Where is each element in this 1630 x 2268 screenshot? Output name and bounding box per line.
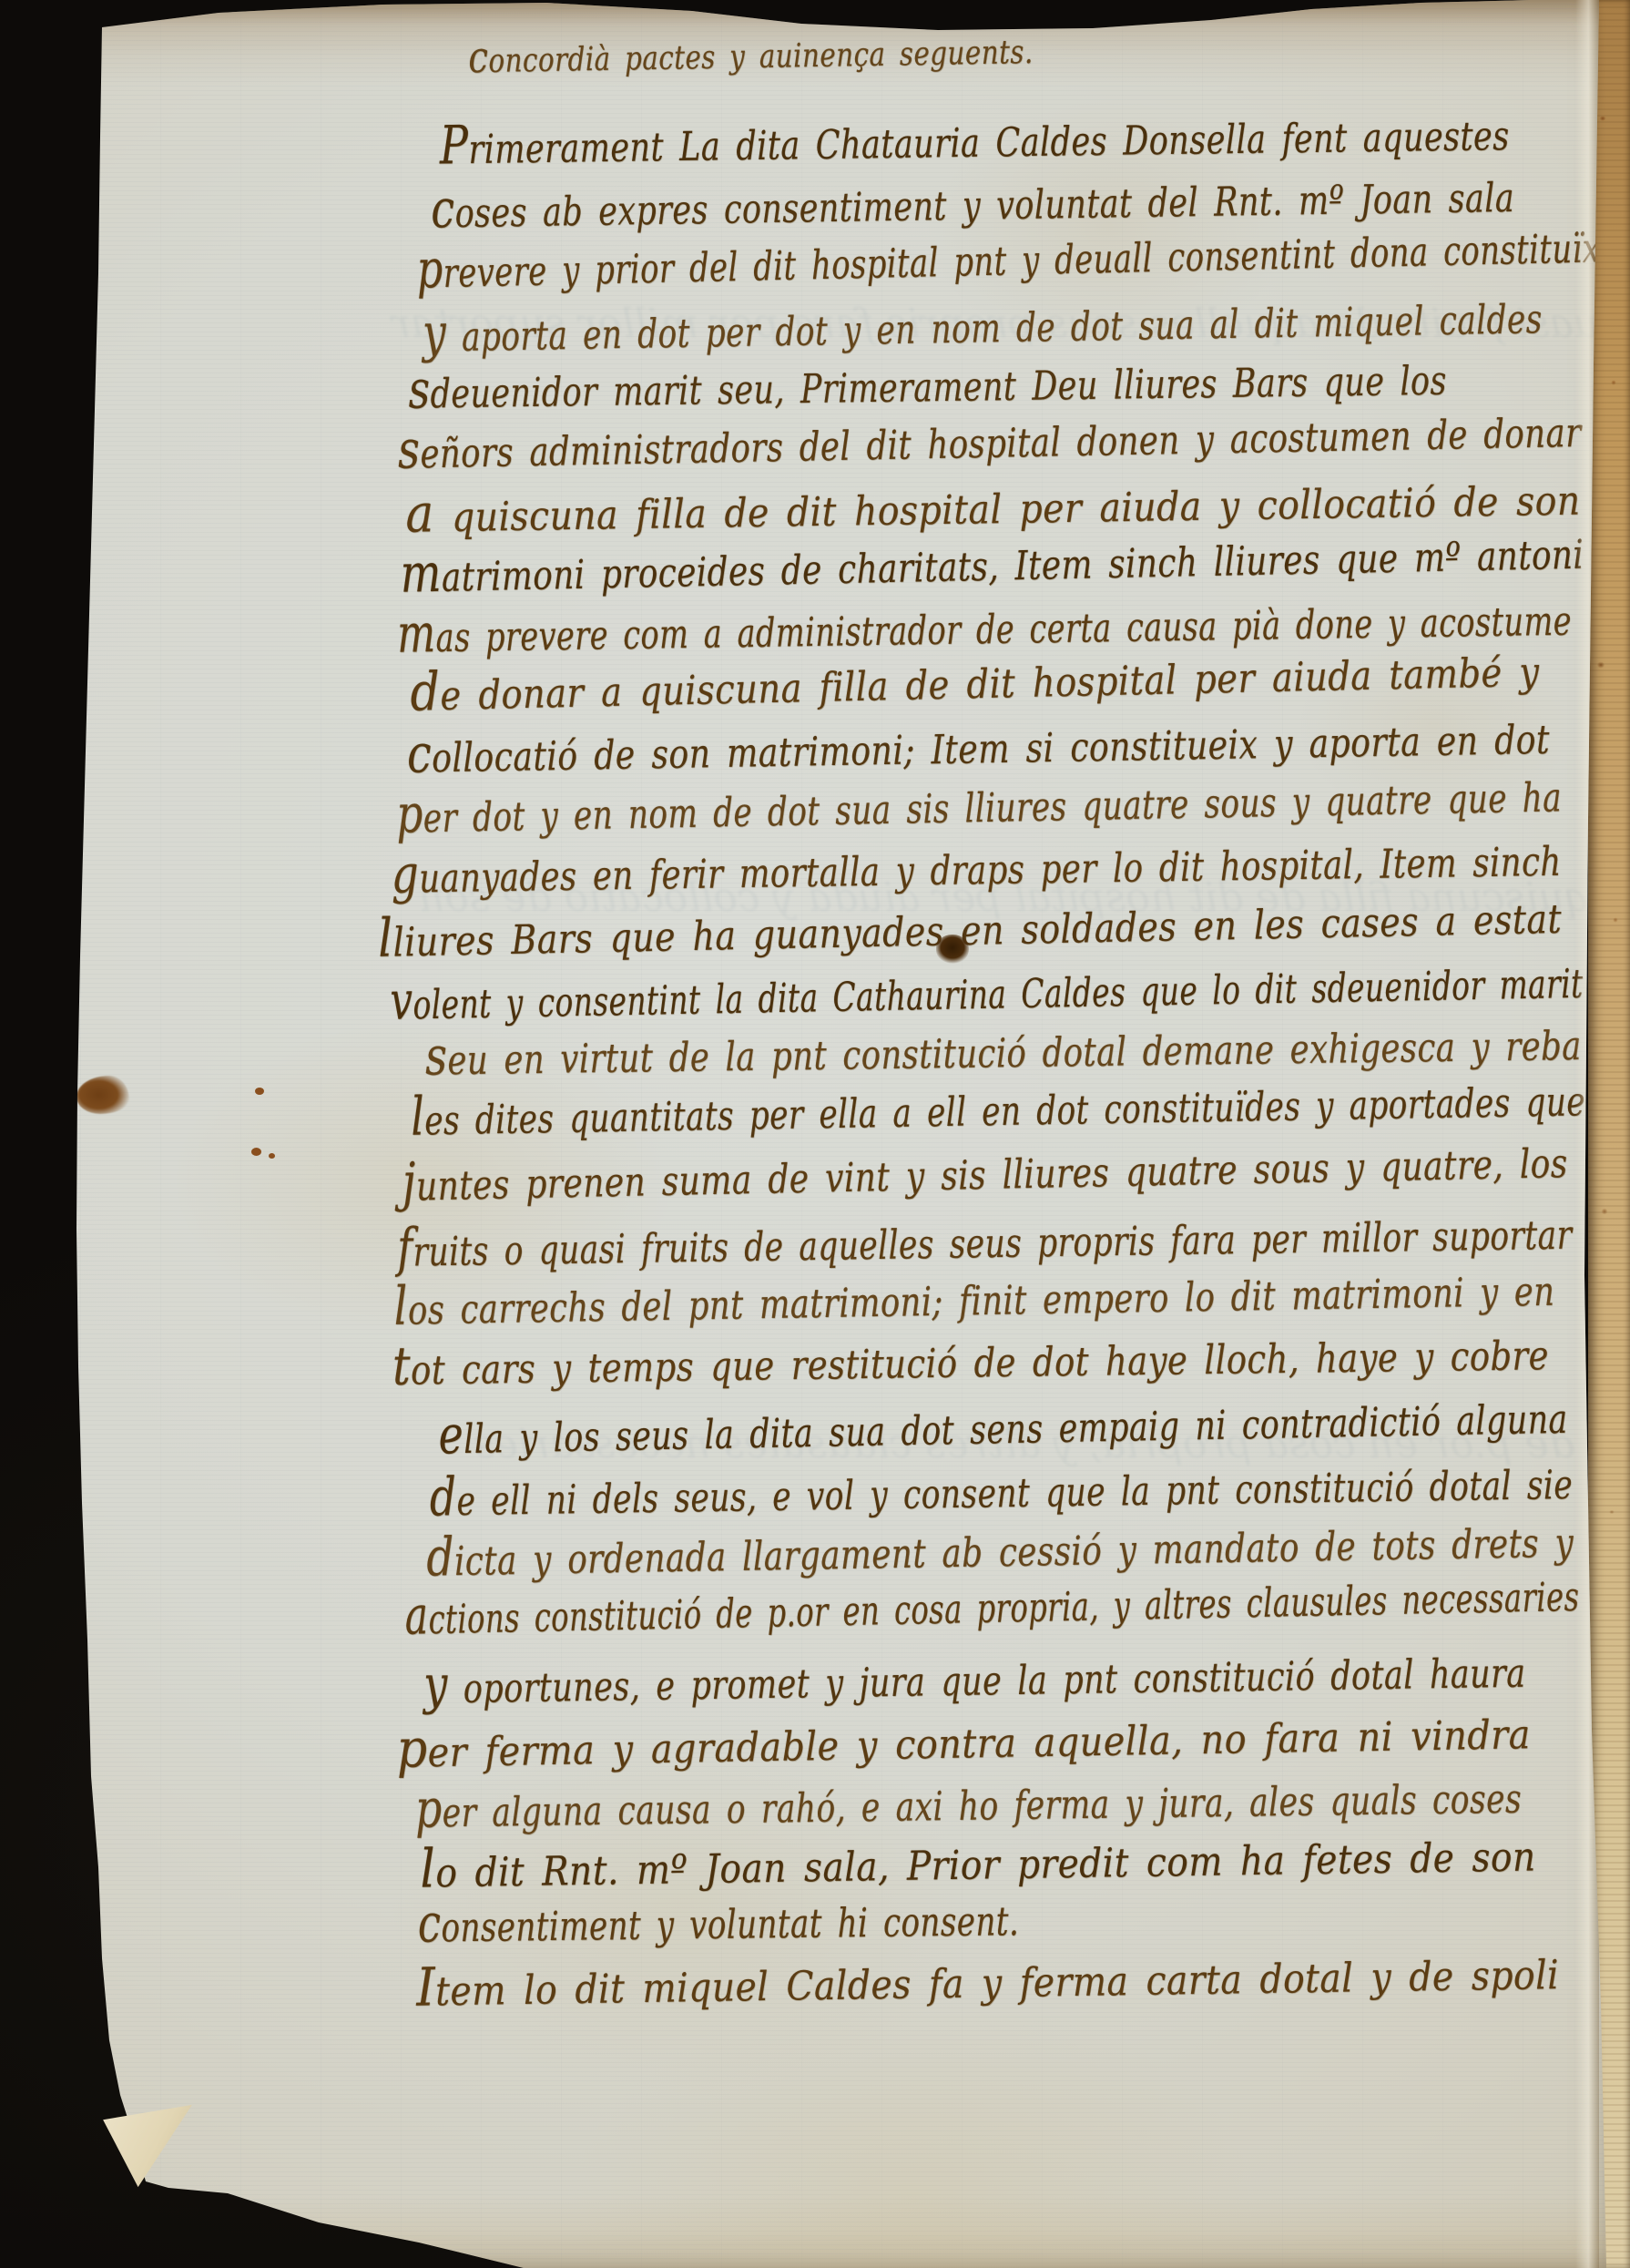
- manuscript-page: fruits o quasi fruits de aquelles seus p…: [0, 0, 1630, 2268]
- manuscript-text: concordià pactes y auinença seguents. Pr…: [0, 0, 1630, 2268]
- ink-blot: [936, 935, 969, 964]
- manuscript-photo: fruits o quasi fruits de aquelles seus p…: [0, 0, 1630, 2268]
- heading-line: concordià pactes y auinença seguents.: [468, 25, 1034, 84]
- rust-speck: [251, 1148, 261, 1156]
- rust-speck: [269, 1153, 275, 1159]
- rust-speck: [255, 1088, 264, 1095]
- manuscript-line: consentiment y voluntat hi consent.: [417, 1886, 1019, 1954]
